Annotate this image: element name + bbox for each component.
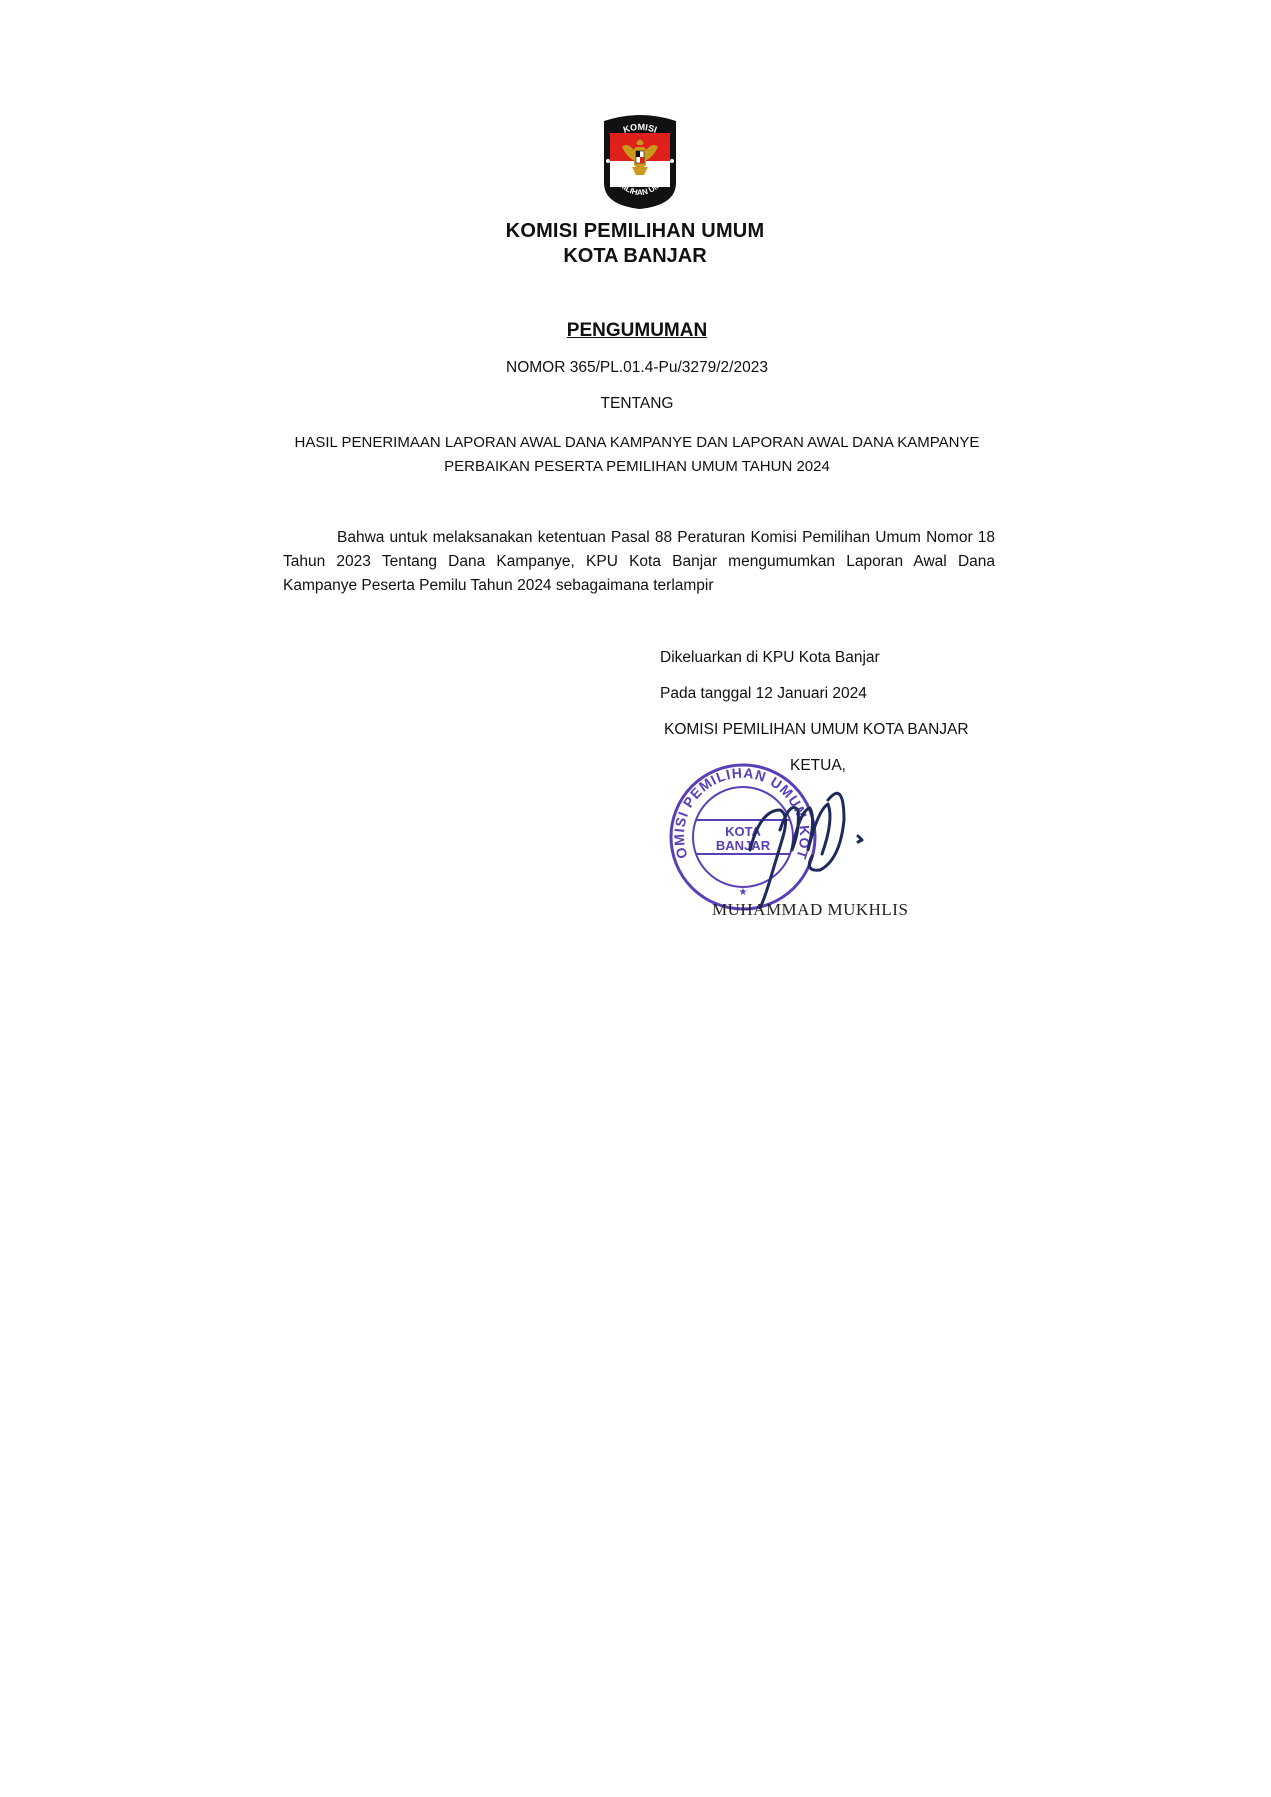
- issued-at: Dikeluarkan di KPU Kota Banjar: [660, 649, 880, 667]
- subject-line-1: HASIL PENERIMAAN LAPORAN AWAL DANA KAMPA…: [270, 431, 1004, 455]
- document-subject: HASIL PENERIMAAN LAPORAN AWAL DANA KAMPA…: [270, 431, 1004, 479]
- signing-institution: KOMISI PEMILIHAN UMUM KOTA BANJAR: [664, 721, 969, 739]
- issue-date: Pada tanggal 12 Januari 2024: [660, 685, 867, 703]
- document-title: PENGUMUMAN: [270, 320, 1004, 342]
- about-label: TENTANG: [270, 395, 1004, 413]
- announcement-body: Bahwa untuk melaksanakan ketentuan Pasal…: [283, 526, 995, 598]
- document-number: NOMOR 365/PL.01.4-Pu/3279/2/2023: [270, 359, 1004, 377]
- kpu-logo-icon: KOMISI PEMILIHAN UMUM: [598, 113, 682, 211]
- subject-line-2: PERBAIKAN PESERTA PEMILIHAN UMUM TAHUN 2…: [270, 455, 1004, 479]
- handwritten-signature-icon: [740, 780, 890, 910]
- organization-city: KOTA BANJAR: [480, 245, 790, 268]
- organization-name: KOMISI PEMILIHAN UMUM: [480, 220, 790, 243]
- signer-name: MUHAMMAD MUKHLIS: [712, 900, 908, 920]
